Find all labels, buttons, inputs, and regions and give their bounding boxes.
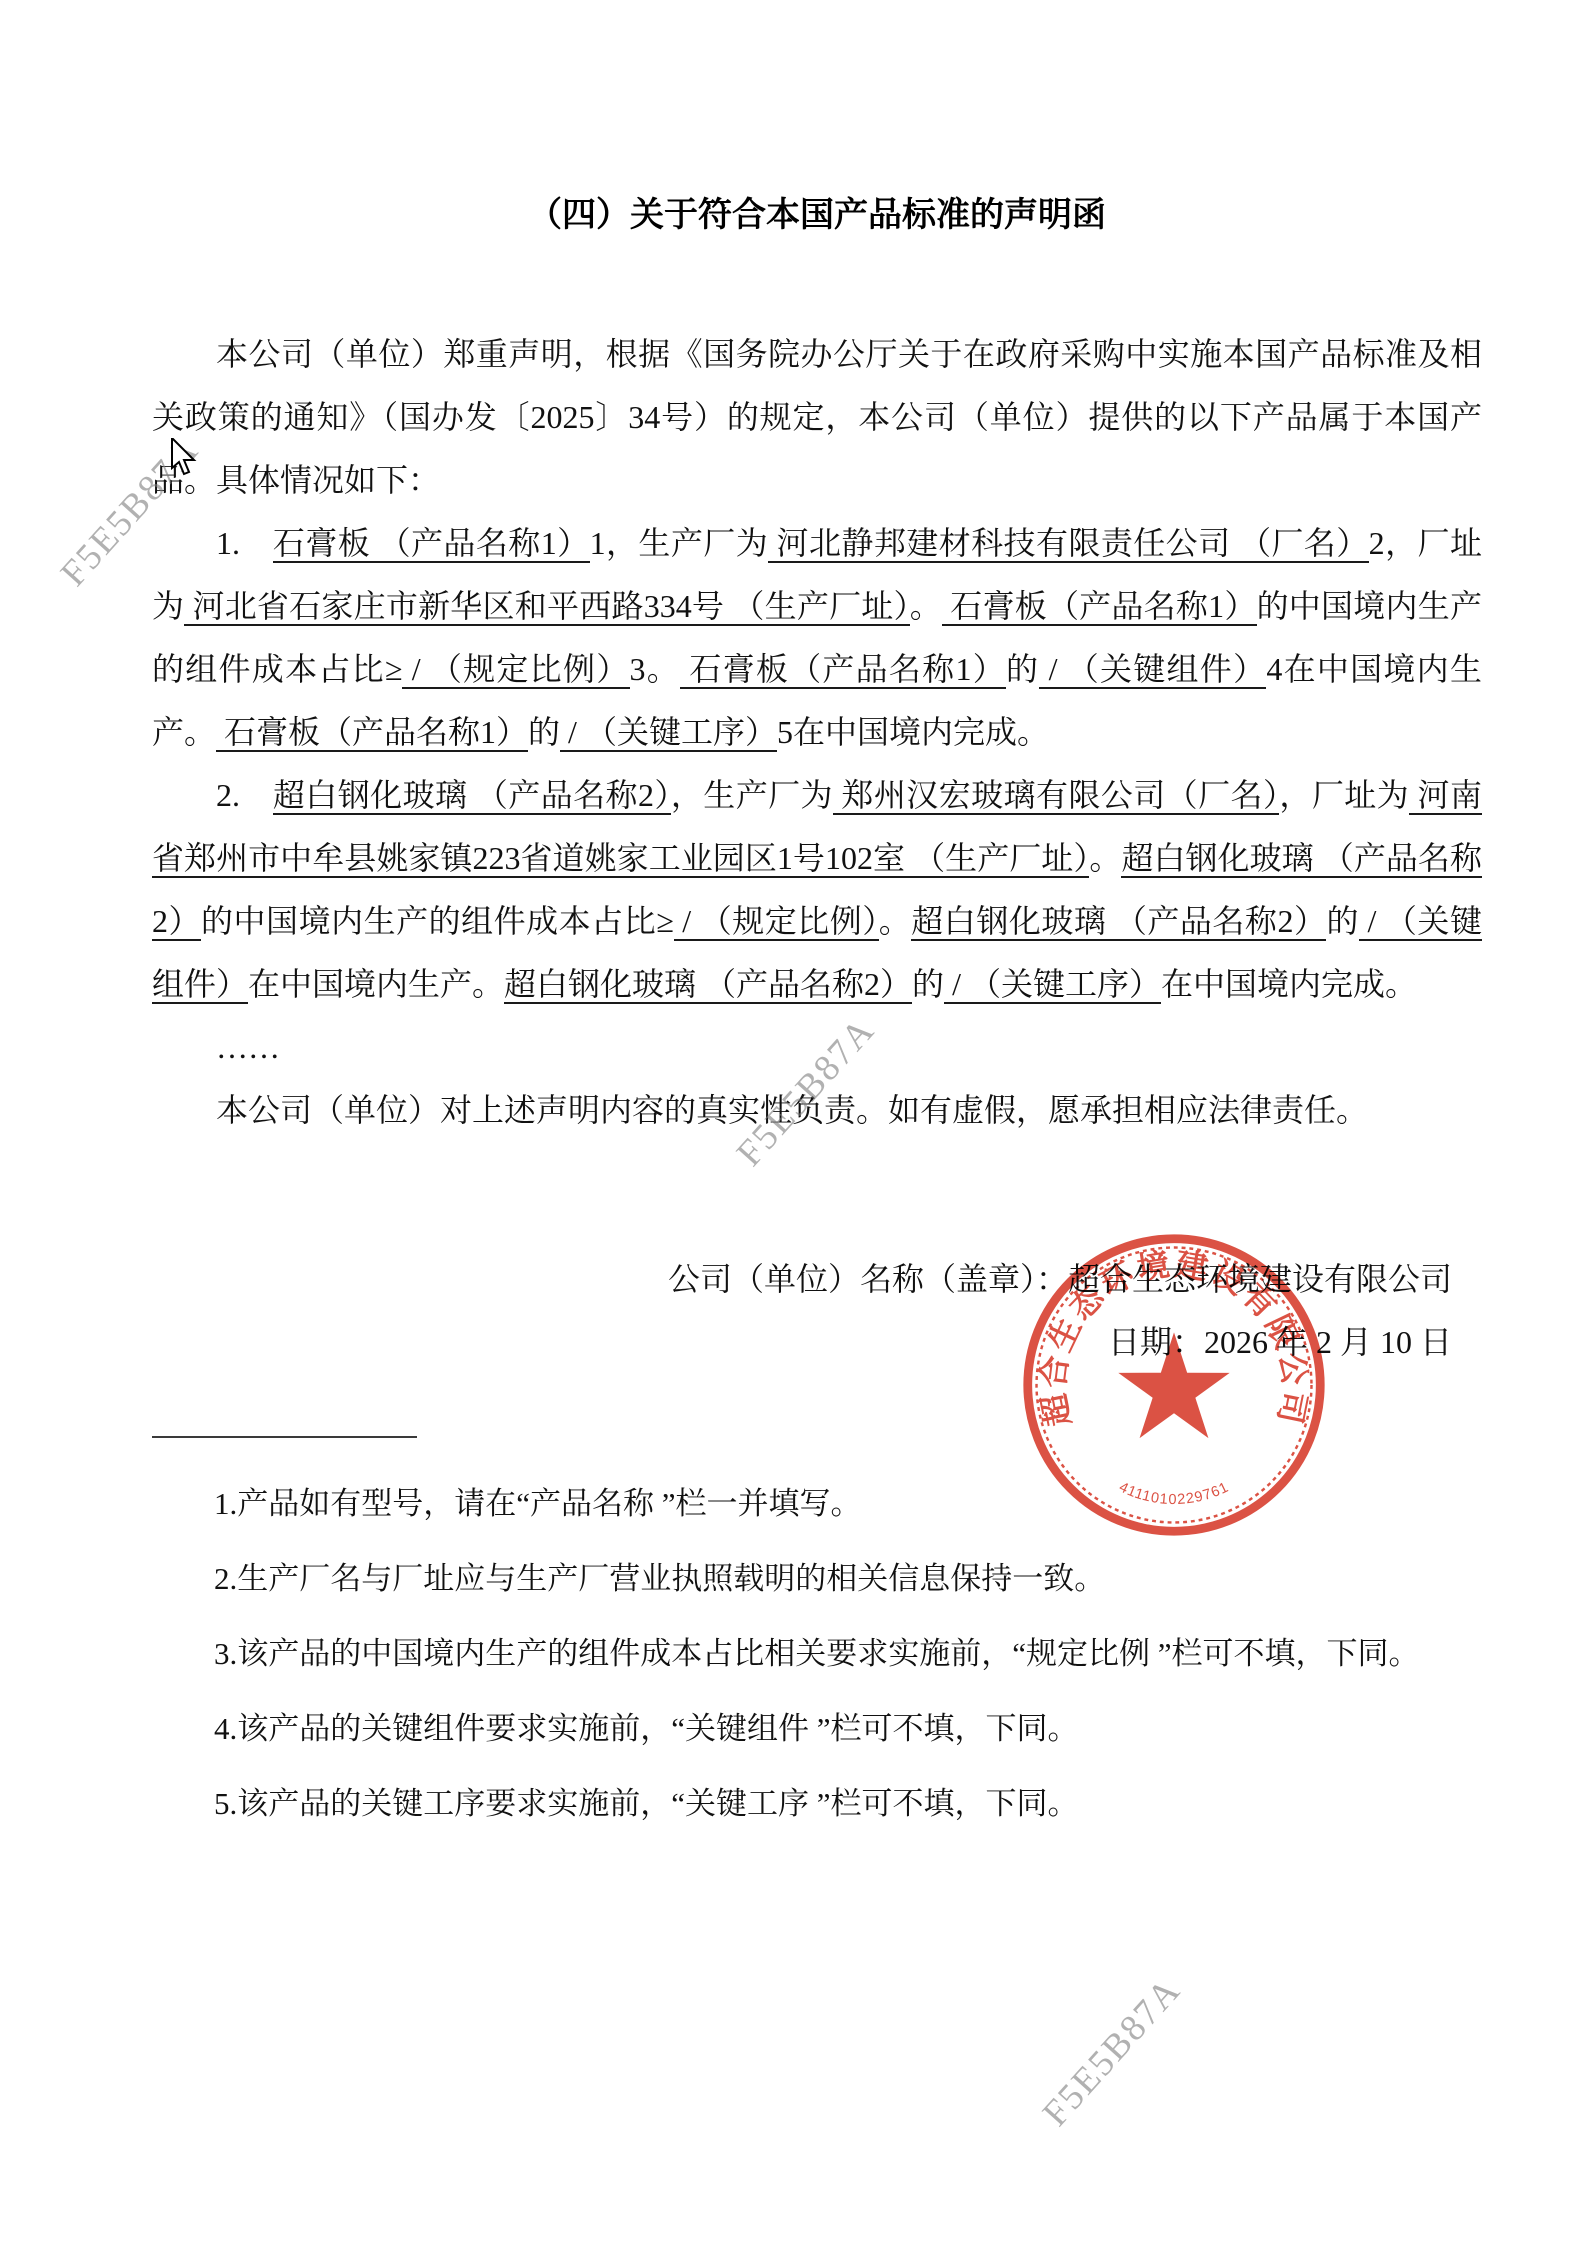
company-line-label: 公司（单位）名称（盖章）： [668, 1261, 1068, 1297]
date-line: 日期：2026 年 2 月 10 日 [152, 1311, 1452, 1374]
intro-paragraph: 本公司（单位）郑重声明，根据《国务院办公厅关于在政府采购中实施本国产品标准及相关… [152, 323, 1482, 512]
signature-block: 公司（单位）名称（盖章）：超合生态环境建设有限公司 日期：2026 年 2 月 … [152, 1248, 1482, 1374]
mouse-cursor-icon [170, 438, 200, 480]
footnote-2: 2.生产厂名与厂址应与生产厂营业执照载明的相关信息保持一致。 [152, 1541, 1482, 1616]
product-item-1: 1. 石膏板 （产品名称1）1，生产厂为 河北静邦建材科技有限责任公司 （厂名）… [152, 512, 1482, 764]
footnotes: 1.产品如有型号，请在“产品名称 ”栏一并填写。 2.生产厂名与厂址应与生产厂营… [152, 1466, 1482, 1841]
footnote-1: 1.产品如有型号，请在“产品名称 ”栏一并填写。 [152, 1466, 1482, 1541]
ellipsis-line: …… [152, 1016, 1482, 1079]
watermark-bottom: F5E5B87A [1034, 1969, 1189, 2135]
footnote-5: 5.该产品的关键工序要求实施前，“关键工序 ”栏可不填，下同。 [152, 1766, 1482, 1841]
footnote-3: 3.该产品的中国境内生产的组件成本占比相关要求实施前，“规定比例 ”栏可不填，下… [152, 1616, 1482, 1691]
footnote-separator [152, 1436, 417, 1438]
document-page: F5E5B87A F5E5B87A F5E5B87A （四）关于符合本国产品标准… [0, 0, 1588, 2245]
company-signature-line: 公司（单位）名称（盖章）：超合生态环境建设有限公司 [152, 1248, 1452, 1311]
document-title: （四）关于符合本国产品标准的声明函 [152, 0, 1482, 235]
product-item-2: 2. 超白钢化玻璃 （产品名称2），生产厂为 郑州汉宏玻璃有限公司（厂名），厂址… [152, 764, 1482, 1016]
company-name: 超合生态环境建设有限公司 [1068, 1261, 1452, 1297]
footnote-4: 4.该产品的关键组件要求实施前，“关键组件 ”栏可不填，下同。 [152, 1691, 1482, 1766]
declaration-body: 本公司（单位）郑重声明，根据《国务院办公厅关于在政府采购中实施本国产品标准及相关… [152, 323, 1482, 1142]
closing-paragraph: 本公司（单位）对上述声明内容的真实性负责。如有虚假，愿承担相应法律责任。 [152, 1079, 1482, 1142]
